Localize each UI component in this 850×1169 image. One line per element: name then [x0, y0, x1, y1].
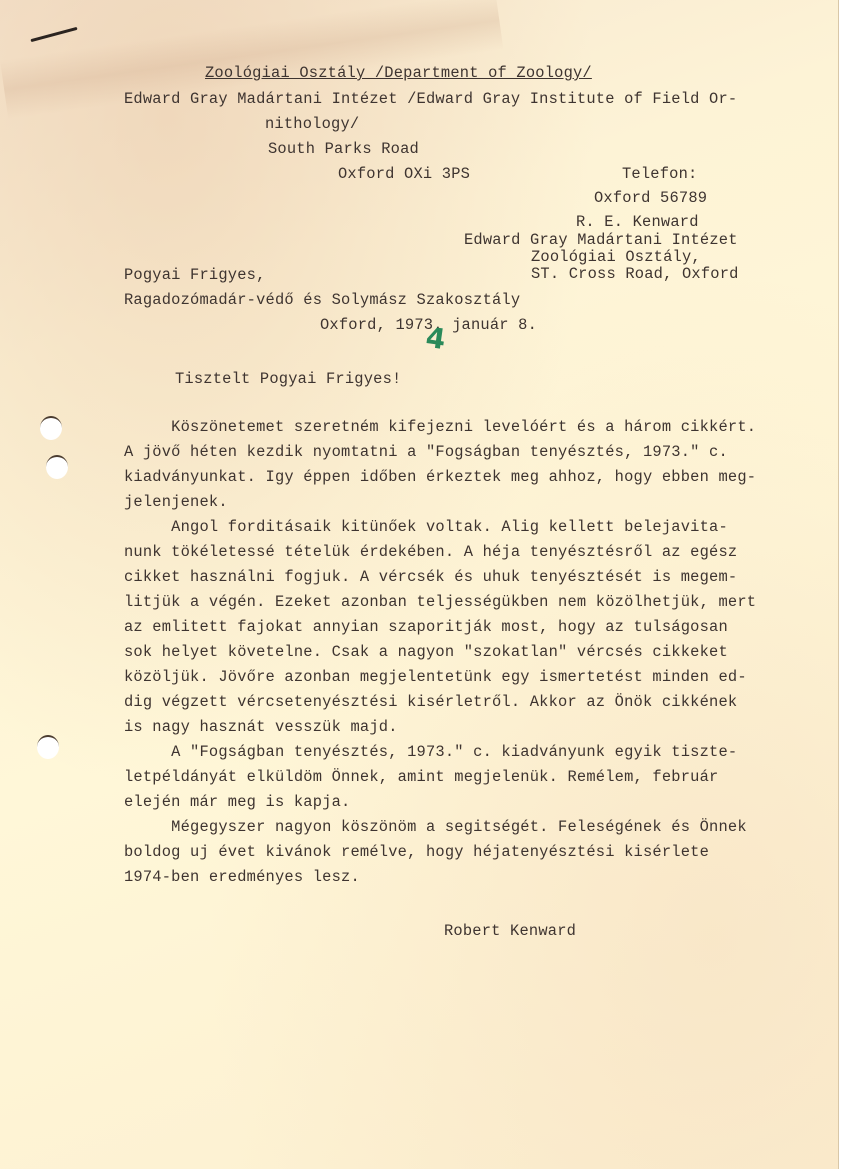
body-line: Köszönetemet szeretném kifejezni levelóé…: [124, 418, 756, 436]
sender-institute: Edward Gray Madártani Intézet: [464, 231, 738, 249]
phone-number: Oxford 56789: [594, 189, 707, 207]
letter-page: Zoológiai Osztály /Department of Zoology…: [0, 0, 839, 1169]
body-line: nunk tökéletessé tételük érdekében. A hé…: [124, 543, 737, 561]
salutation: Tisztelt Pogyai Frigyes!: [175, 370, 401, 388]
sender-name: R. E. Kenward: [576, 213, 699, 231]
body-line: litjük a végén. Ezeket azonban teljesség…: [124, 593, 756, 611]
body-line: elején már meg is kapja.: [124, 793, 350, 811]
date-prefix: Oxford, 197: [320, 316, 424, 334]
letterhead-department: Zoológiai Osztály /Department of Zoology…: [205, 64, 592, 82]
letterhead-street: South Parks Road: [268, 140, 419, 158]
sender-address: ST. Cross Road, Oxford: [531, 265, 739, 283]
body-line: 1974-ben eredményes lesz.: [124, 868, 360, 886]
letterhead-institute-line2: nithology/: [265, 115, 359, 133]
sender-department: Zoológiai Osztály,: [531, 248, 701, 266]
body-line: Angol forditásaik kitünőek voltak. Alig …: [124, 518, 728, 536]
staple-mark: [30, 27, 77, 42]
body-line: kiadványunkat. Igy éppen időben érkeztek…: [124, 468, 756, 486]
punch-hole-icon: [37, 735, 59, 759]
body-line: az emlitett fajokat annyian szaporitják …: [124, 618, 728, 636]
body-line: is nagy hasznát vesszük majd.: [124, 718, 398, 736]
punch-hole-icon: [46, 455, 68, 479]
handwritten-correction: 4: [424, 321, 448, 356]
body-line: cikket használni fogjuk. A vércsék és uh…: [124, 568, 737, 586]
date-suffix: . január 8.: [433, 316, 537, 334]
signature: Robert Kenward: [444, 922, 576, 940]
body-line: A jövő héten kezdik nyomtatni a "Fogságb…: [124, 443, 728, 461]
letterhead-city: Oxford OXi 3PS: [338, 165, 470, 183]
recipient-name: Pogyai Frigyes,: [124, 266, 266, 284]
letterhead-institute-line1: Edward Gray Madártani Intézet /Edward Gr…: [124, 90, 737, 108]
body-line: jelenjenek.: [124, 493, 228, 511]
body-line: A "Fogságban tenyésztés, 1973." c. kiadv…: [124, 743, 737, 761]
body-line: boldog uj évet kivánok remélve, hogy héj…: [124, 843, 709, 861]
recipient-organization: Ragadozómadár-védő és Solymász Szakosztá…: [124, 291, 520, 309]
phone-label: Telefon:: [622, 165, 698, 183]
body-line: közöljük. Jövőre azonban megjelentetünk …: [124, 668, 747, 686]
body-line: letpéldányát elküldöm Önnek, amint megje…: [124, 768, 718, 786]
body-line: dig végzett vércsetenyésztési kisérletrő…: [124, 693, 737, 711]
body-line: Mégegyszer nagyon köszönöm a segitségét.…: [124, 818, 747, 836]
body-line: sok helyet követelne. Csak a nagyon "szo…: [124, 643, 728, 661]
punch-hole-icon: [40, 416, 62, 440]
